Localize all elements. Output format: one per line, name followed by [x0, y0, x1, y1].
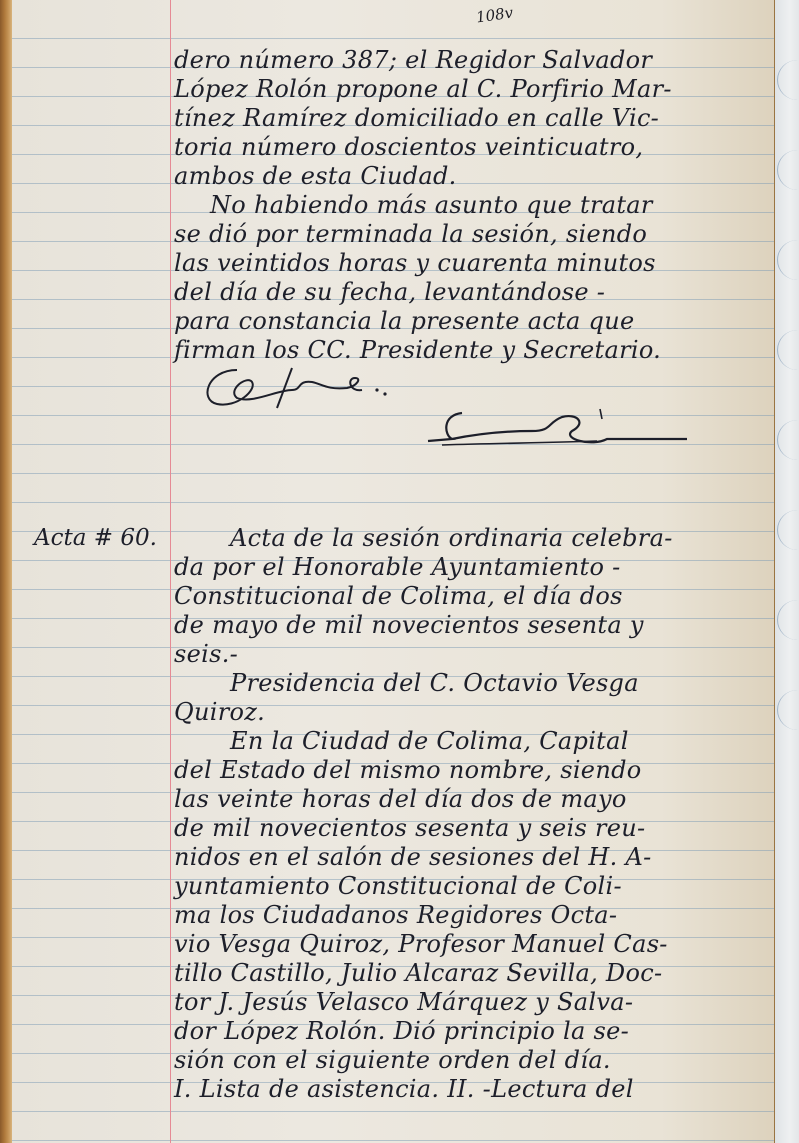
- text-line: toria número doscientos veinticuatro,: [174, 135, 643, 159]
- red-margin-line: [170, 0, 171, 1143]
- text-line: Presidencia del C. Octavio Vesga: [230, 671, 639, 695]
- text-line: firman los CC. Presidente y Secretario.: [174, 338, 661, 362]
- text-line: de mil novecientos sesenta y seis reu-: [174, 816, 645, 840]
- text-line: Quiroz.: [174, 700, 265, 724]
- ledger-page: 108v dero número 387; el Regidor Salvado…: [12, 0, 775, 1143]
- text-line: ambos de esta Ciudad.: [174, 164, 457, 188]
- text-line: las veinte horas del día dos de mayo: [174, 787, 627, 811]
- president-signature: [197, 360, 437, 410]
- text-line: seis.-: [174, 642, 238, 666]
- text-line: I. Lista de asistencia. II. -Lectura del: [174, 1077, 634, 1101]
- text-line: dero número 387; el Regidor Salvador: [174, 48, 652, 72]
- text-line: sión con el siguiente orden del día.: [174, 1048, 611, 1072]
- text-line: En la Ciudad de Colima, Capital: [230, 729, 629, 753]
- text-line: para constancia la presente acta que: [174, 309, 634, 333]
- text-line: las veintidos horas y cuarenta minutos: [174, 251, 656, 275]
- text-line: tínez Ramírez domiciliado en calle Vic-: [174, 106, 659, 130]
- text-line: No habiendo más asunto que tratar: [210, 193, 653, 217]
- text-line: del Estado del mismo nombre, siendo: [174, 758, 641, 782]
- book-binding-edge: [0, 0, 12, 1143]
- text-line: del día de su fecha, levantándose -: [174, 280, 605, 304]
- secretary-signature: [422, 405, 692, 455]
- text-line: vio Vesga Quiroz, Profesor Manuel Cas-: [174, 932, 668, 956]
- text-line: ma los Ciudadanos Regidores Octa-: [174, 903, 617, 927]
- text-line: dor López Rolón. Dió principio la se-: [174, 1019, 629, 1043]
- next-page-edge: [775, 0, 799, 1143]
- text-line: nidos en el salón de sesiones del H. A-: [174, 845, 652, 869]
- text-line: López Rolón propone al C. Porfirio Mar-: [174, 77, 672, 101]
- text-line: de mayo de mil novecientos sesenta y: [174, 613, 644, 637]
- text-line: Constitucional de Colima, el día dos: [174, 584, 623, 608]
- text-line: da por el Honorable Ayuntamiento -: [174, 555, 621, 579]
- text-line: yuntamiento Constitucional de Coli-: [174, 874, 622, 898]
- act-number-label: Acta # 60.: [34, 525, 157, 551]
- text-line: Acta de la sesión ordinaria celebra-: [230, 526, 673, 550]
- text-line: se dió por terminada la sesión, siendo: [174, 222, 647, 246]
- text-line: tillo Castillo, Julio Alcaraz Sevilla, D…: [174, 961, 662, 985]
- text-line: tor J. Jesús Velasco Márquez y Salva-: [174, 990, 633, 1014]
